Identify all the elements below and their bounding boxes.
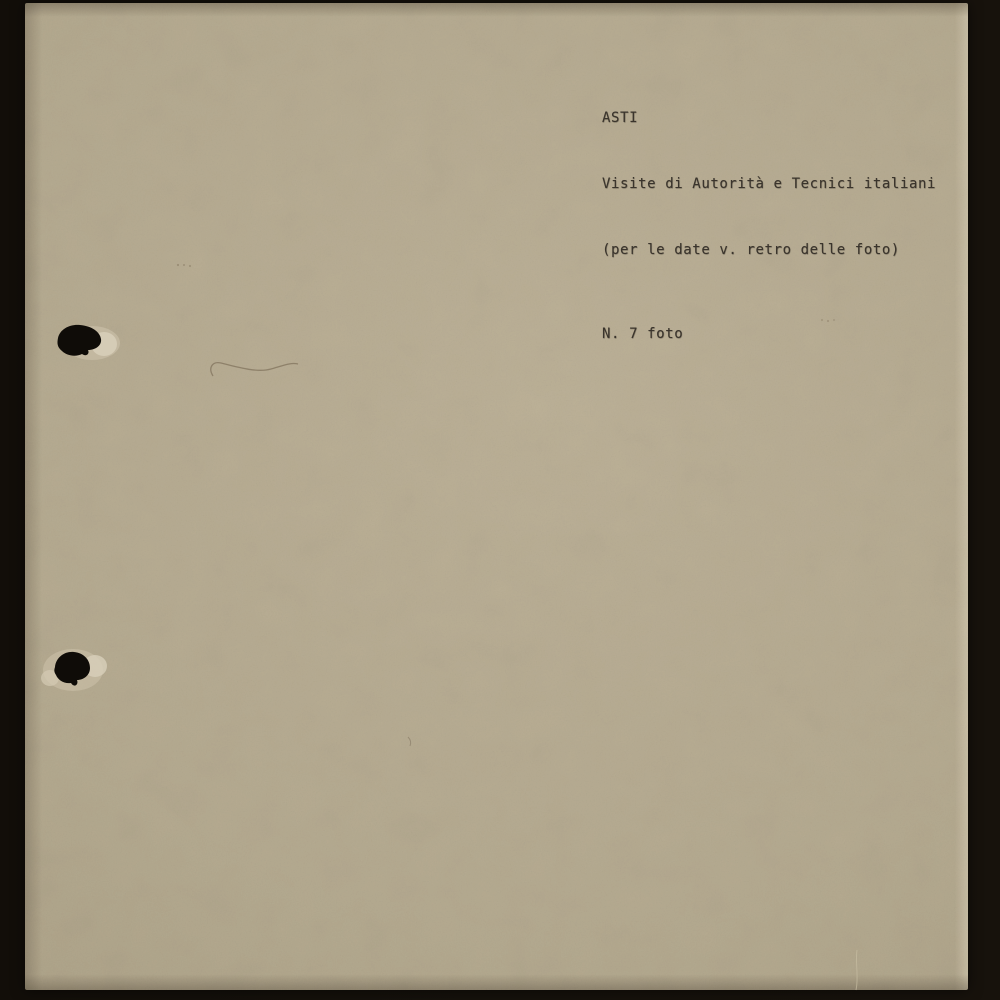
typewritten-block: ASTI Visite di Autorità e Tecnici italia… — [602, 63, 936, 389]
scanner-background: ASTI Visite di Autorità e Tecnici italia… — [0, 0, 1000, 1000]
photo-count: N. 7 foto — [602, 323, 936, 345]
bottom-hair — [856, 950, 857, 990]
document-subtitle-2: (per le date v. retro delle foto) — [602, 239, 936, 261]
document-title: ASTI — [602, 107, 936, 129]
punch-hole-bottom — [41, 649, 107, 691]
small-scratch — [408, 737, 411, 746]
punch-hole-top — [57, 325, 120, 360]
document-subtitle-1: Visite di Autorità e Tecnici italiani — [602, 173, 936, 195]
pencil-mark — [211, 363, 298, 376]
paper-sheet: ASTI Visite di Autorità e Tecnici italia… — [25, 3, 968, 990]
